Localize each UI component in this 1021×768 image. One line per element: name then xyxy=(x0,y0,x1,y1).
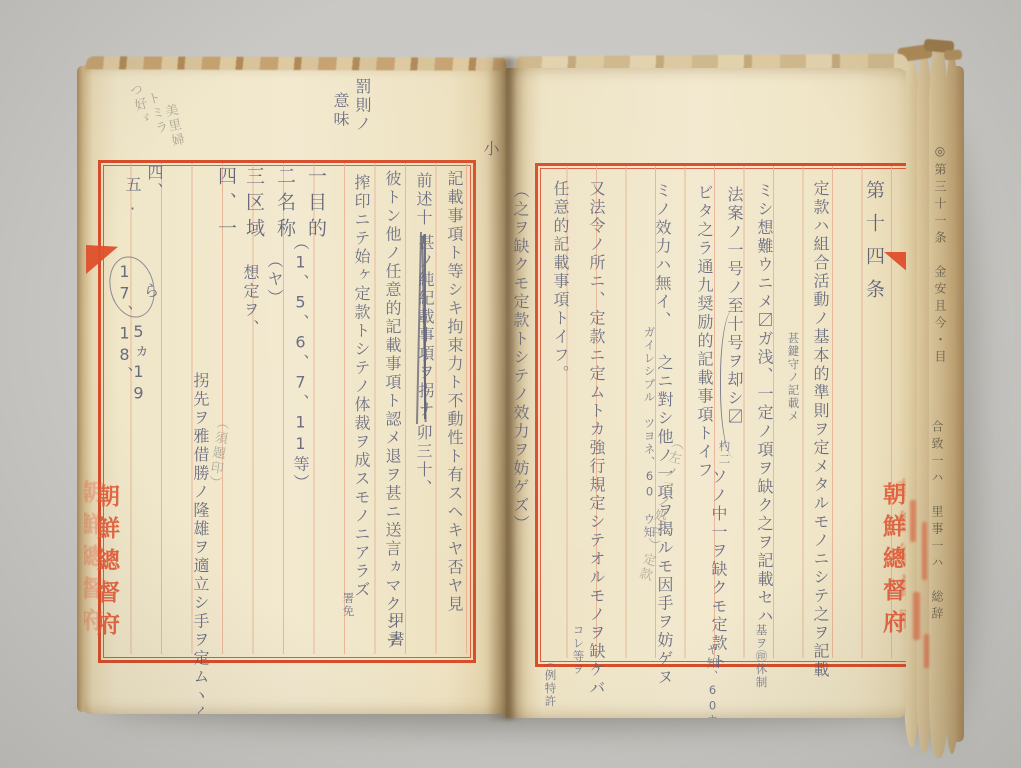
handwriting-column: 五. xyxy=(124,176,140,216)
handwriting-column: 搾印ニテ始ヶ定款トシテノ体裁ヲ成スモノニアラズ xyxy=(353,174,369,654)
left-page-deckle-edge xyxy=(86,56,506,70)
government-general-stamp-left: 朝鮮總督府 xyxy=(94,484,117,644)
handwriting-column: 甚ノ純紀載事項ヲ拐ナ xyxy=(417,234,433,419)
handwriting-column: 想定ヲ、 xyxy=(242,264,258,338)
red-stamp-bleed xyxy=(924,634,929,668)
fore-edge-text: ◎第三十一条 金安且今・目合致一ハ 里事一ハ 総辞 xyxy=(930,48,950,758)
red-stamp-bleed xyxy=(913,592,920,640)
handwriting-column: コレ等ヲ xyxy=(572,624,584,676)
handwriting-column: 甲書 xyxy=(387,612,403,649)
handwriting-column: 罰則ノ xyxy=(354,78,370,134)
handwriting-column: 拐先ヲ雅借勝ノ隆雄ヲ適立シ手ヲ定ムヽく xyxy=(192,372,208,692)
handwriting-column: 美里婦 xyxy=(162,103,184,150)
handwriting-column: 二名称 xyxy=(275,166,294,244)
left-page: 朝鮮總督府 朝鮮總督府 記載事項ト等シキ拘束力ト不動性ト有スヘキヤ否ヤ見前述十甚… xyxy=(84,64,506,714)
page-edge-strip xyxy=(956,66,964,742)
handwriting-column: 三区域 xyxy=(244,166,263,244)
handwriting-column: 法案ノ一号ノ至十号ヲ却シ〼 xyxy=(726,186,742,427)
handwriting-column: ◎第三十一条 金安且今・目 xyxy=(934,144,946,367)
handwriting-column: 彼トン他ノ任意的記載事項ト認メ退ヲ甚ニ送言ヵマクシテ xyxy=(384,170,400,640)
handwriting-column: ヤ知、60ウ xyxy=(706,644,718,718)
red-stamp-bleed xyxy=(922,522,927,580)
handwriting-column: ら xyxy=(142,282,158,301)
handwriting-column: 第十四条 xyxy=(864,180,883,312)
handwriting-column: 杓二 xyxy=(718,440,730,466)
handwriting-column: 又法令ノ所ニ、定款ニ定ムトカ強行規定シテオルモノヲ缺ケバ xyxy=(588,180,604,664)
handwriting-column: 甚鍵守ノ記載メ xyxy=(787,332,799,423)
handwriting-column: 小 xyxy=(482,140,498,159)
handwriting-column: 卯三十、 xyxy=(415,424,431,498)
handwriting-column: （例特許 約外） xyxy=(544,656,556,718)
handwriting-column: ソノ中一ヲ缺クモ定款ト xyxy=(710,468,726,668)
handwriting-column: （1、5、6、7、11等） xyxy=(292,234,308,493)
page-stack-fore-edge: ◎第三十一条 金安且今・目合致一ハ 里事一ハ 総辞 xyxy=(904,44,966,762)
handwriting-column: 記載事項ト等シキ拘束力ト不動性ト有スヘキヤ否ヤ見 xyxy=(446,170,462,662)
handwriting-column: （ヤ） xyxy=(266,252,282,308)
right-page: 朝鮮總督府 朝鮮總督府 第十四条定款ハ組合活動ノ基本的準則ヲ定メタルモノニシテ之… xyxy=(506,68,906,718)
handwriting-column: 前述十 xyxy=(415,172,431,228)
government-general-stamp-right: 朝鮮總督府 xyxy=(880,482,903,642)
handwriting-column: 四、 xyxy=(146,164,162,201)
handwriting-column: 任意的記載事項トイフ。 xyxy=(552,180,568,384)
handwriting-column: 四、一 xyxy=(216,166,235,244)
handwriting-column: 署免 xyxy=(342,592,354,618)
handwriting-column: 意味 xyxy=(332,92,348,129)
torn-page-corner xyxy=(944,49,963,60)
handwriting-column: 一目的 xyxy=(306,166,325,244)
handwriting-column: ミシ想難ウニメ〼ガ浅、一定ノ項ヲ缺ク之ヲ記載セハ xyxy=(756,182,772,664)
handwriting-column: ビタ之ラ通九奨励的記載事項トイフ xyxy=(696,184,712,664)
red-stamp-bleed xyxy=(910,500,916,542)
handwriting-column: ミノ效力ハ無イ、 xyxy=(654,182,670,330)
handwriting-column: 5ヵ19 xyxy=(130,322,146,405)
handwriting-column: 基ヲ㊞休制 xyxy=(755,624,767,689)
handwriting-column: 合致一ハ 里事一ハ 総辞 xyxy=(931,420,943,624)
photographed-manuscript-scene: ◎第三十一条 金安且今・目合致一ハ 里事一ハ 総辞 朝鮮總督府 朝鮮總督府 記載… xyxy=(0,0,1021,768)
handwriting-column: 定款ハ組合活動ノ基本的準則ヲ定メタルモノニシテ之ヲ記載 xyxy=(812,180,828,664)
handwriting-column: （之ヲ缺クモ定款トシテノ效力ヲ妨ゲズ） xyxy=(512,182,528,672)
